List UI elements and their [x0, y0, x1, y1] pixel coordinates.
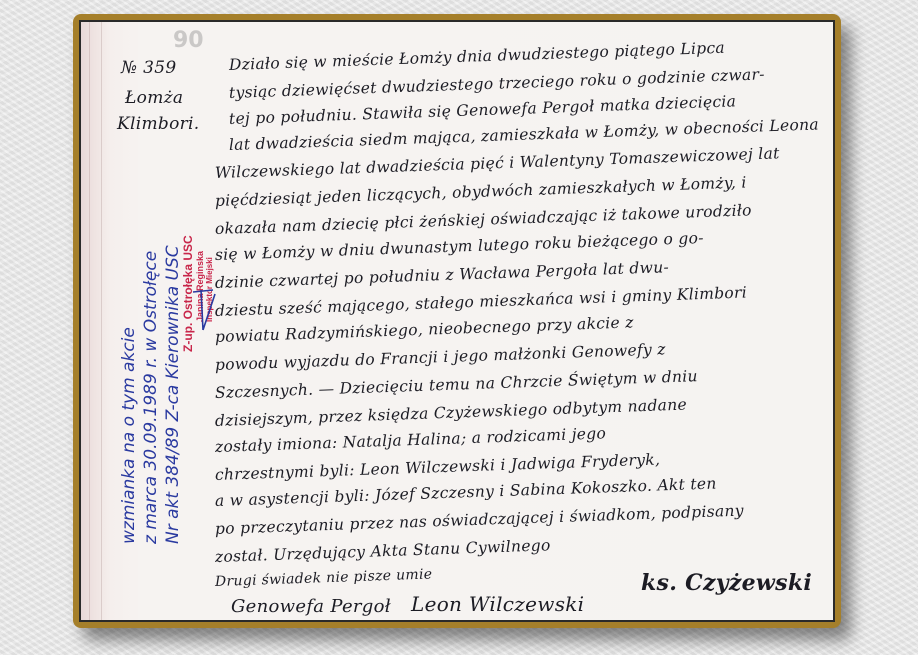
record-line: został. Urzędujący Akta Stanu Cywilnego	[215, 536, 551, 566]
record-number: № 359	[121, 58, 176, 78]
signature-mother: Genowefa Pergoł	[231, 596, 391, 617]
annotation-line-2: z marca 30.09.1989 r. w Ostrołęce	[141, 251, 161, 544]
document-frame: 90 № 359 Łomża Klimbori. wzmianka na o t…	[73, 14, 841, 628]
margin-name: Klimbori.	[117, 114, 199, 134]
annotation-line-3: Nr akt 384/89 Z-ca Kierownika USC	[163, 245, 183, 544]
record-line: Drugi świadek nie pisze umie	[215, 566, 433, 590]
faint-page-number: 90	[173, 28, 204, 53]
record-line: powiatu Radzymińskiego, nieobecnego przy…	[215, 313, 634, 346]
binding-line	[101, 22, 102, 620]
record-line: dzinie czwartej po południu z Wacława Pe…	[215, 258, 670, 292]
annotation-line-1: wzmianka na o tym akcie	[119, 327, 139, 544]
margin-place: Łomża	[125, 88, 183, 108]
record-line: powodu wyjazdu do Francji i jego małżonk…	[215, 340, 666, 374]
record-line: zostały imiona: Natalja Halina; a rodzic…	[215, 424, 607, 456]
binding-line	[89, 22, 90, 620]
document-page: 90 № 359 Łomża Klimbori. wzmianka na o t…	[79, 20, 835, 622]
record-line: dzisiejszym, przez księdza Czyżewskiego …	[215, 396, 688, 430]
signature-official: ks. Czyżewski	[641, 570, 812, 596]
signature-witness: Leon Wilczewski	[411, 592, 584, 616]
initials-signature-icon	[191, 284, 217, 334]
